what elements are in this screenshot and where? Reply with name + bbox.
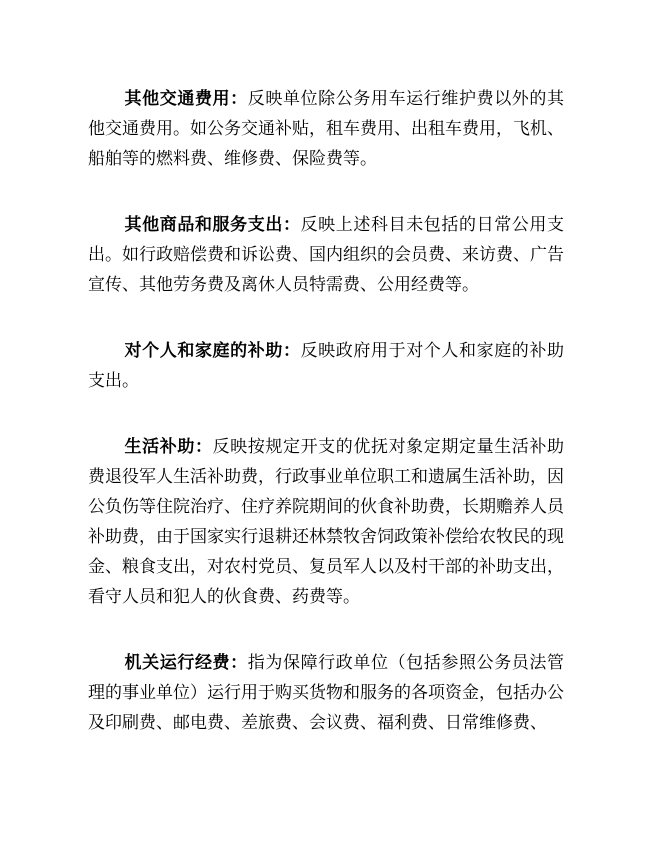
- term-label: 对个人和家庭的补助：: [125, 341, 301, 360]
- paragraph-other-transport-fees: 其他交通费用：反映单位除公务用车运行维护费以外的其他交通费用。如公务交通补贴，租…: [88, 84, 564, 174]
- term-label: 机关运行经费：: [125, 653, 248, 672]
- paragraph-agency-operating-funds: 机关运行经费：指为保障行政单位（包括参照公务员法管理的事业单位）运行用于购买货物…: [88, 648, 564, 738]
- term-label: 其他交通费用：: [125, 89, 248, 108]
- paragraph-other-goods-services: 其他商品和服务支出：反映上述科目未包括的日常公用支出。如行政赔偿费和诉讼费、国内…: [88, 210, 564, 300]
- term-label: 生活补助：: [125, 437, 213, 456]
- paragraph-text: 反映按规定开支的优抚对象定期定量生活补助费退役军人生活补助费，行政事业单位职工和…: [88, 437, 564, 606]
- term-label: 其他商品和服务支出：: [125, 215, 301, 234]
- paragraph-individual-family-subsidy: 对个人和家庭的补助：反映政府用于对个人和家庭的补助支出。: [88, 336, 564, 396]
- paragraph-living-subsidy: 生活补助：反映按规定开支的优抚对象定期定量生活补助费退役军人生活补助费，行政事业…: [88, 432, 564, 612]
- document-page: 其他交通费用：反映单位除公务用车运行维护费以外的其他交通费用。如公务交通补贴，租…: [88, 0, 564, 738]
